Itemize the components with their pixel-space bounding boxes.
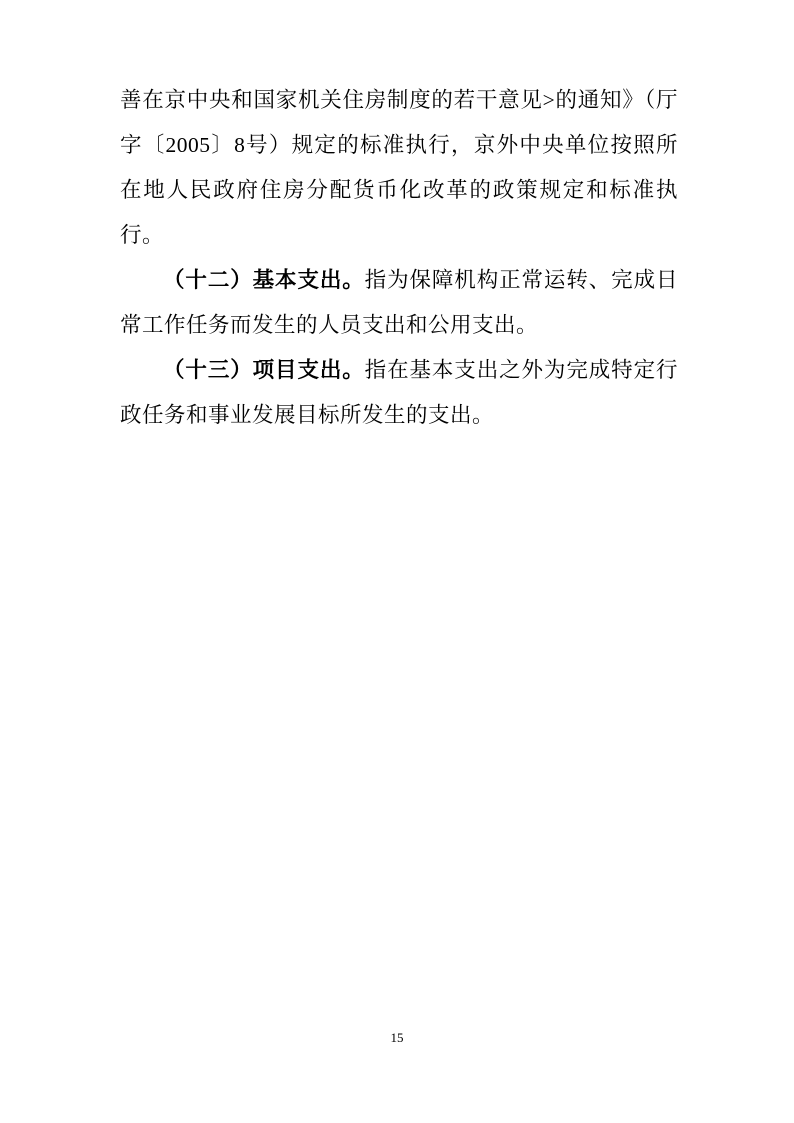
page-number: 15 <box>0 1030 794 1046</box>
paragraph-item-13: （十三）项目支出。指在基本支出之外为完成特定行政任务和事业发展目标所发生的支出。 <box>120 348 678 438</box>
paragraph-continuation: 善在京中央和国家机关住房制度的若干意见>的通知》（厅字〔2005〕8号）规定的标… <box>120 78 678 258</box>
paragraph-term-project-expenditure: （十三）项目支出。 <box>163 358 365 382</box>
paragraph-term-basic-expenditure: （十二）基本支出。 <box>163 268 365 292</box>
paragraph-item-12: （十二）基本支出。指为保障机构正常运转、完成日常工作任务而发生的人员支出和公用支… <box>120 258 678 348</box>
document-page: 善在京中央和国家机关住房制度的若干意见>的通知》（厅字〔2005〕8号）规定的标… <box>0 0 794 1123</box>
text-block: 善在京中央和国家机关住房制度的若干意见>的通知》（厅字〔2005〕8号）规定的标… <box>120 78 678 438</box>
paragraph-text: 善在京中央和国家机关住房制度的若干意见>的通知》（厅字〔2005〕8号）规定的标… <box>120 88 678 247</box>
